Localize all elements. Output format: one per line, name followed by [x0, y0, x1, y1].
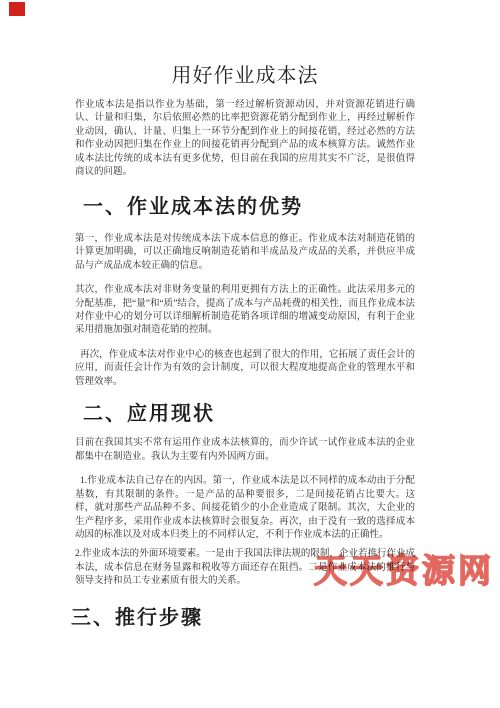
section-heading-advantages: 一、作业成本法的优势	[83, 194, 415, 221]
section-heading-implementation-steps: 三、推行步骤	[71, 605, 415, 632]
red-square-marker	[9, 2, 25, 16]
paragraph: 其次，作业成本法对非财务变量的利用更拥有方法上的正确性。此法采用多元的分配基准，…	[75, 284, 415, 338]
document-title: 用好作业成本法	[75, 63, 415, 89]
paragraph: 1.作业成本法自己存在的内因。第一，作业成本法是以不同样的成本动由于分配基数，有…	[75, 475, 415, 542]
paragraph: 目前在我国其实不常有运用作业成本法核算的，而少许试一试作业成本法的企业都集中在制…	[75, 437, 415, 464]
paragraph: 第一，作业成本法是对传统成本法下成本信息的修正。作业成本法对制造花销的计算更加明…	[75, 233, 415, 273]
paragraph: 再次，作业成本法对作业中心的核查也起到了很大的作用，它拓展了责任会计的应用，而责…	[75, 349, 415, 389]
intro-paragraph: 作业成本法是指以作业为基础，第一经过解析资源动因，并对资源花销进行确认、计量和归…	[75, 99, 415, 180]
site-watermark: 天天资源网	[314, 545, 494, 592]
section-heading-current-status: 二、应用现状	[83, 401, 415, 428]
document-page: 用好作业成本法 作业成本法是指以作业为基础，第一经过解析资源动因，并对资源花销进…	[0, 0, 500, 708]
